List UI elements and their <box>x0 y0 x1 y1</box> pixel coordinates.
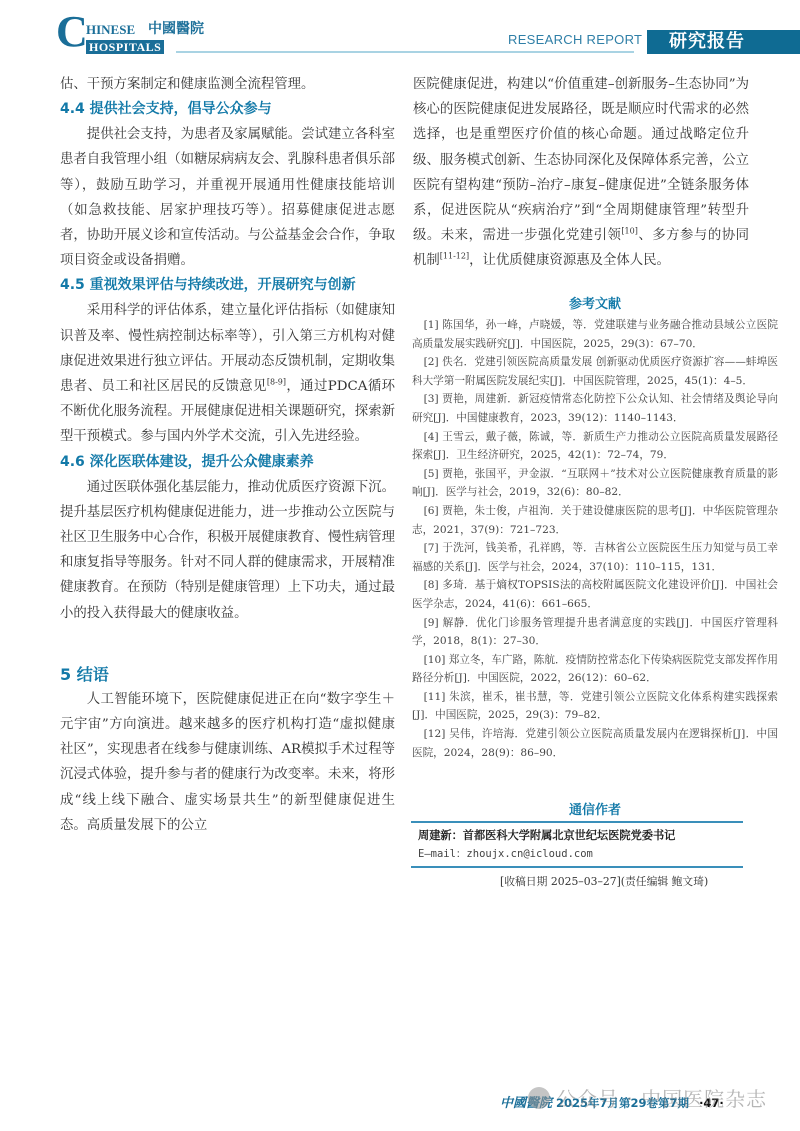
spacer <box>60 626 395 662</box>
logo-chinese-name: 中國醫院 <box>148 18 204 38</box>
reference-item: [8] 多琦．基于熵权TOPSIS法的高校附属医院文化建设评价[J]．中国社会医… <box>412 576 778 613</box>
logo-inese: HINESE <box>86 22 135 38</box>
page-header: C HINESE 中國醫院 HOSPITALS RESEARCH REPORT … <box>0 0 800 60</box>
reference-item: [3] 贾艳，周建新．新冠疫情常态化防控下公众认知、社会情绪及舆论导向研究[J]… <box>412 390 778 427</box>
paragraph-5: 人工智能环境下，医院健康促进正在向“数字孪生＋元宇宙”方向演进。越来越多的医疗机… <box>60 687 395 838</box>
watermark-text: 公众号 · 中国医院杂志 <box>556 1087 767 1111</box>
paragraph-4-4: 提供社会支持，为患者及家属赋能。尝试建立各科室患者自我管理小组（如糖尿病病友会、… <box>60 122 395 273</box>
paragraph-text: ，让优质健康资源惠及全体人民。 <box>469 253 670 268</box>
section-label-cn: 研究报告 <box>647 30 800 54</box>
reference-item: [7] 于洗河，钱美希，孔祥鸥，等．吉林省公立医院医生压力知觉与员工幸福感的关系… <box>412 539 778 576</box>
citation: [8-9] <box>267 378 286 387</box>
logo-letter-c: C <box>56 10 88 54</box>
author-box-top-rule <box>411 821 743 823</box>
reference-item: [6] 贾艳，朱士俊，卢祖洵．关于建设健康医院的思考[J]．中华医院管理杂志，2… <box>412 502 778 539</box>
corresponding-author-title: 通信作者 <box>410 799 780 818</box>
chinese-hospitals-logo: C HINESE 中國醫院 HOSPITALS <box>56 14 176 54</box>
heading-4-5: 4.5 重视效果评估与持续改进，开展研究与创新 <box>60 273 395 298</box>
heading-4-6: 4.6 深化医联体建设，提升公众健康素养 <box>60 450 395 475</box>
watermark: 公众号 · 中国医院杂志 <box>528 1083 767 1112</box>
reference-item: [10] 郑立冬，车广路，陈航．疫情防控常态化下传染病医院党支部发挥作用路径分析… <box>412 651 778 688</box>
section-label-en: RESEARCH REPORT <box>508 32 642 47</box>
reference-item: [1] 陈国华，孙一峰，卢晓媛，等．党建联建与业务融合推动县域公立医院高质量发展… <box>412 316 778 353</box>
author-name-affiliation: 周建新：首都医科大学附属北京世纪坛医院党委书记 <box>418 827 675 843</box>
left-column: 估、干预方案制定和健康监测全流程管理。 4.4 提供社会支持，倡导公众参与 提供… <box>60 72 395 838</box>
author-box-bottom-rule <box>411 866 743 868</box>
references-title: 参考文献 <box>410 293 780 312</box>
paragraph-4-6: 通过医联体强化基层能力，推动优质医疗资源下沉。提升基层医疗机构健康促进能力，进一… <box>60 475 395 626</box>
reference-item: [2] 佚名．党建引领医院高质量发展 创新驱动优质医疗资源扩容——蚌埠医科大学第… <box>412 353 778 390</box>
paragraph-4-5: 采用科学的评估体系，建立量化评估指标（如健康知识普及率、慢性病控制达标率等），引… <box>60 298 395 449</box>
paragraph-conclusion: 医院健康促进，构建以“价值重建–创新服务–生态协同”为核心的医院健康促进发展路径… <box>413 72 749 274</box>
citation: [10] <box>621 227 637 236</box>
heading-5: 5 结语 <box>60 662 395 687</box>
reference-item: [9] 解静．优化门诊服务管理提升患者满意度的实践[J]．中国医疗管理科学，20… <box>412 614 778 651</box>
reference-item: [12] 吴伟，许培海．党建引领公立医院高质量发展内在逻辑探析[J]．中国医院，… <box>412 725 778 762</box>
logo-hospitals: HOSPITALS <box>86 40 164 54</box>
reference-item: [5] 贾艳，张国平，尹金淑．“互联网＋”技术对公立医院健康教育质量的影响[J]… <box>412 465 778 502</box>
references-list: [1] 陈国华，孙一峰，卢晓媛，等．党建联建与业务融合推动县域公立医院高质量发展… <box>412 316 778 762</box>
reference-item: [4] 王雪云，戴子薇，陈诚，等．新质生产力推动公立医院高质量发展路径探索[J]… <box>412 428 778 465</box>
heading-4-4: 4.4 提供社会支持，倡导公众参与 <box>60 97 395 122</box>
wechat-icon <box>528 1087 550 1109</box>
paragraph-text: 医院健康促进，构建以“价值重建–创新服务–生态协同”为核心的医院健康促进发展路径… <box>413 77 749 243</box>
citation: [11-12] <box>440 252 469 261</box>
author-email[interactable]: E–mail：zhoujx.cn@icloud.com <box>418 846 593 861</box>
received-date-editor: [收稿日期 2025–03–27](责任编辑 鲍文琦) <box>500 874 708 889</box>
reference-item: [11] 朱滨，崔禾，崔书慧，等．党建引领公立医院文化体系构建实践探索[J]．中… <box>412 688 778 725</box>
right-column: 医院健康促进，构建以“价值重建–创新服务–生态协同”为核心的医院健康促进发展路径… <box>413 72 749 274</box>
intro-line: 估、干预方案制定和健康监测全流程管理。 <box>60 72 395 97</box>
header-rule <box>176 51 634 53</box>
